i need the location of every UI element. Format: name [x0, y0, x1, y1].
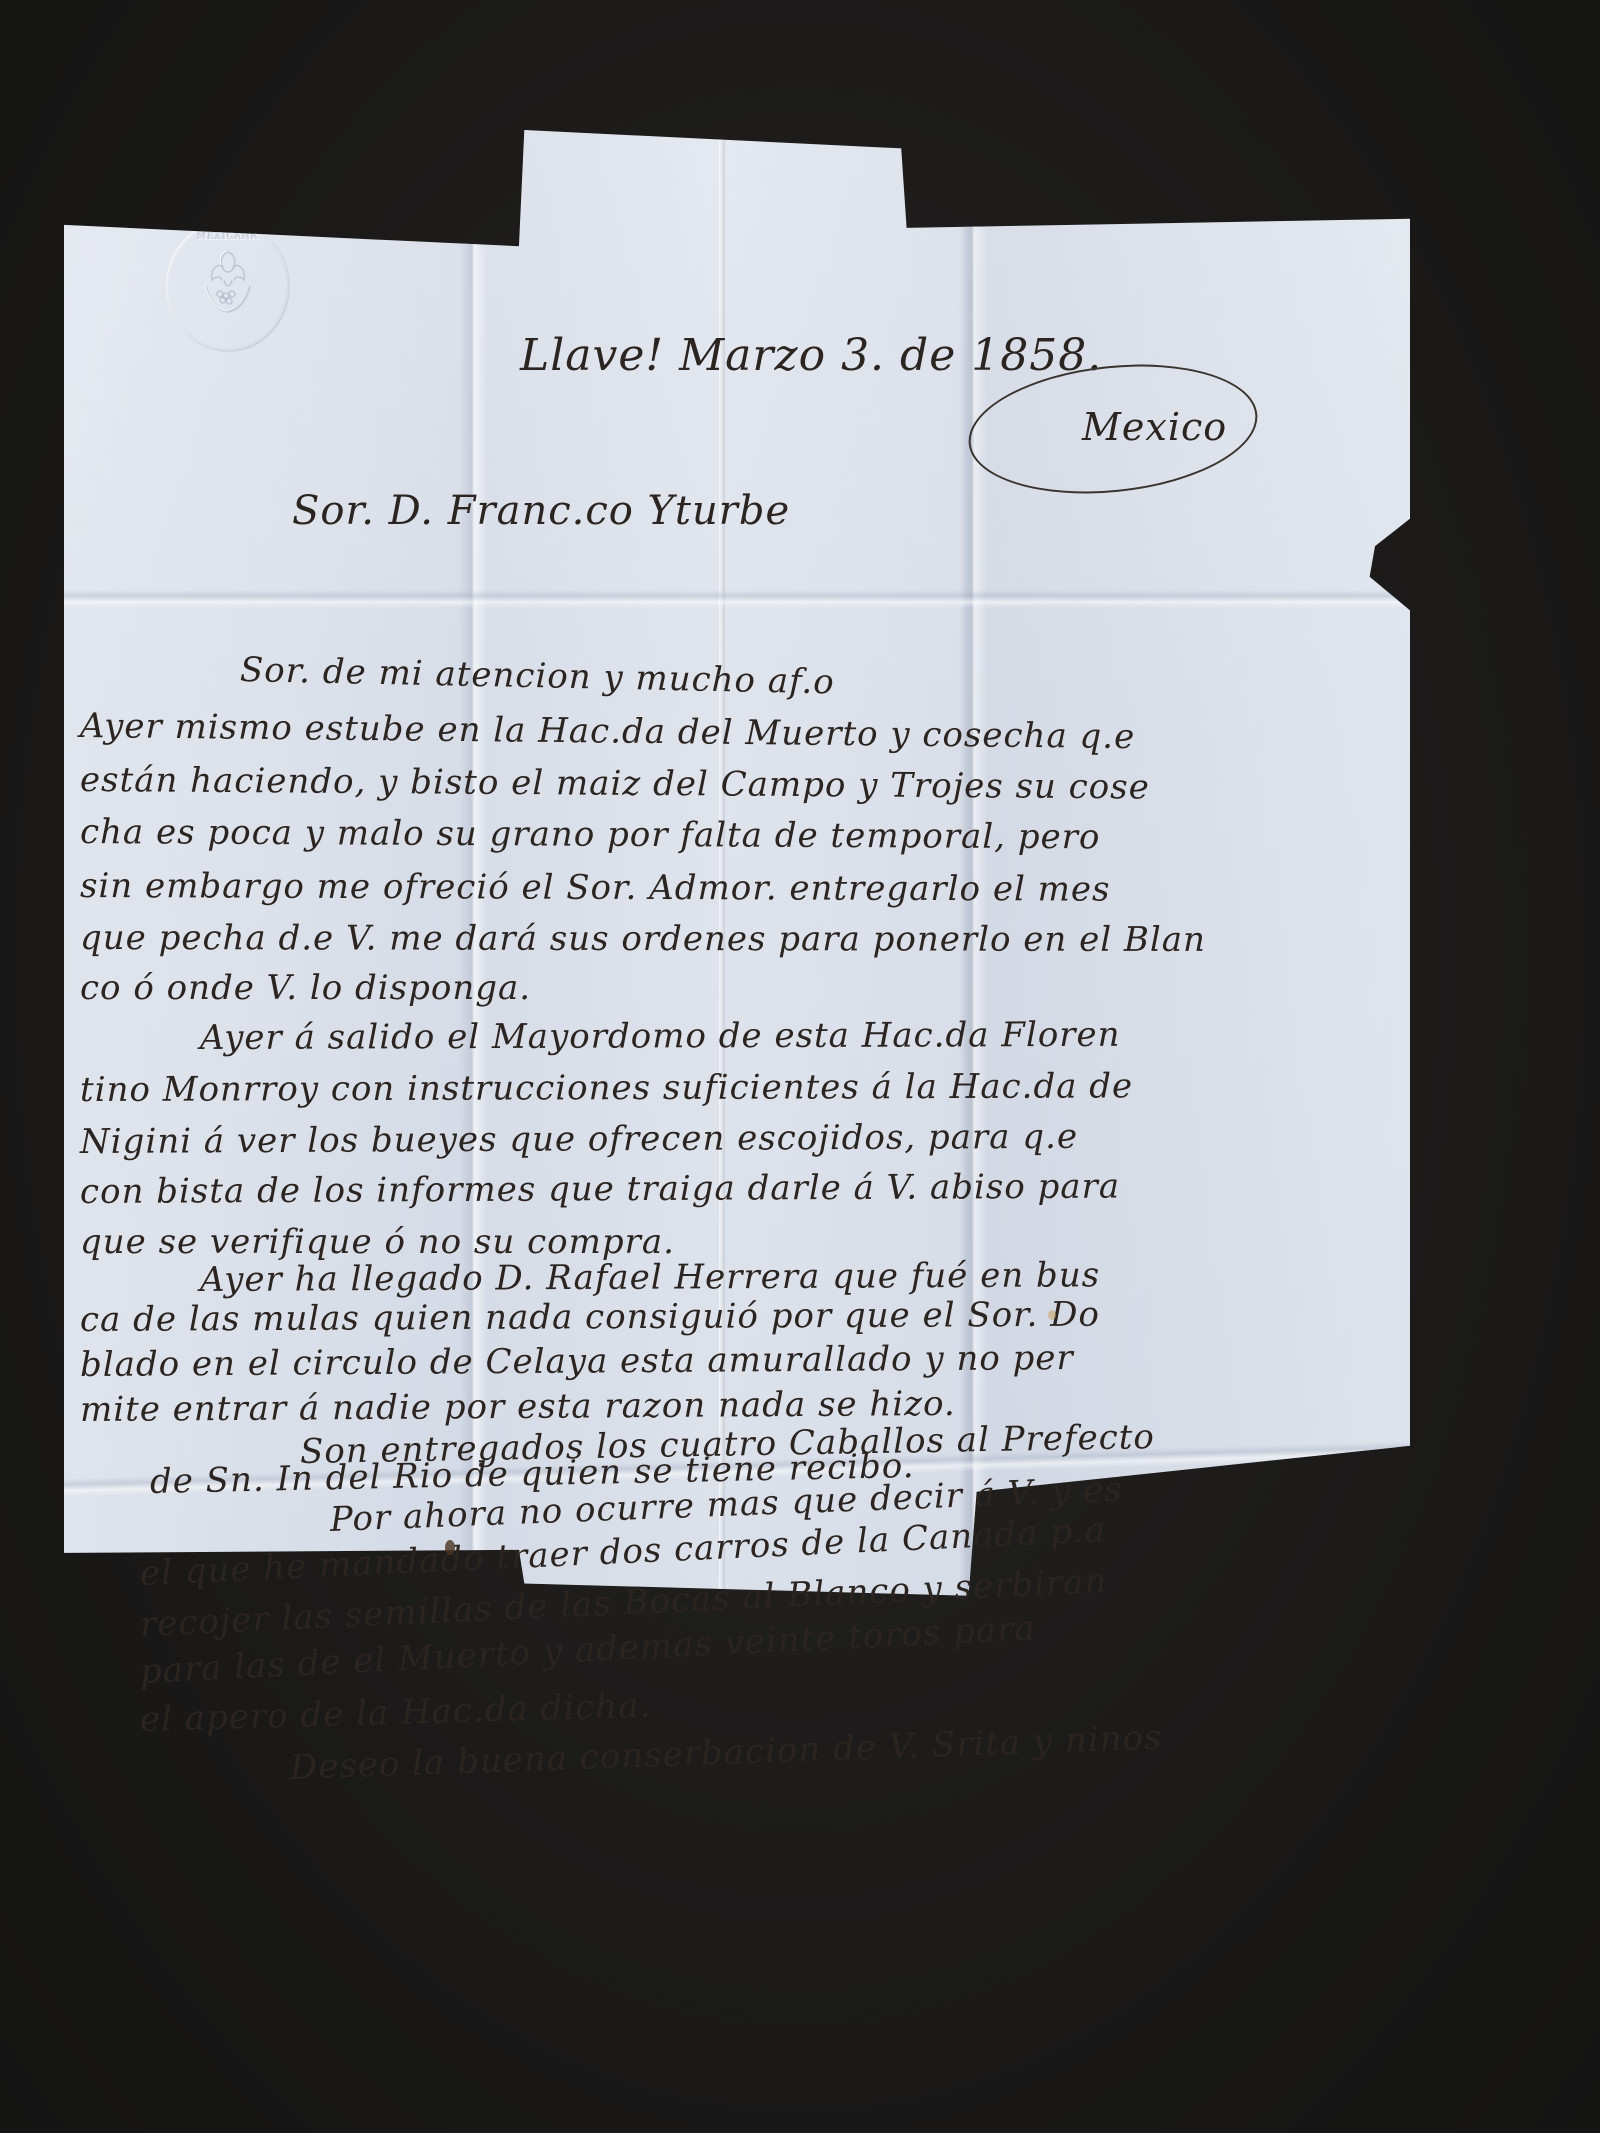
destination-text: Mexico — [1082, 405, 1227, 449]
embossed-seal: REPUBLICA MEXICANA — [166, 220, 290, 352]
letter-line: están haciendo, y bisto el maiz del Camp… — [80, 760, 1150, 807]
letter-line: con bista de los informes que traiga dar… — [80, 1167, 1120, 1212]
letter-line: co ó onde V. lo disponga. — [80, 968, 531, 1008]
fold-crease-horizontal-top — [64, 590, 1410, 608]
ink-blot — [445, 1540, 455, 1555]
letter-line: sin embargo me ofreció el Sor. Admor. en… — [80, 866, 1111, 910]
paper-stain — [1048, 1310, 1056, 1320]
letter-line: Nigini á ver los bueyes que ofrecen esco… — [80, 1117, 1078, 1162]
letter-date-header: Llave! Marzo 3. de 1858. — [520, 330, 1102, 381]
letter-line: que se verifique ó no su compra. — [80, 1222, 675, 1262]
letter-line: Ayer ha llegado D. Rafael Herrera que fu… — [200, 1255, 1100, 1300]
letter-addressee: Sor. D. Franc.co Yturbe — [292, 488, 790, 534]
letter-line: tino Monrroy con instrucciones suficient… — [80, 1066, 1133, 1110]
letter-line: que pecha d.e V. me dará sus ordenes par… — [80, 918, 1206, 960]
eagle-coat-of-arms-icon — [204, 246, 252, 316]
letter-line: blado en el circulo de Celaya esta amura… — [80, 1338, 1074, 1385]
letter-line: Ayer á salido el Mayordomo de esta Hac.d… — [200, 1015, 1121, 1058]
letter-line: ca de las mulas quien nada consiguió por… — [80, 1295, 1100, 1340]
letter-line: cha es poca y malo su grano por falta de… — [80, 812, 1101, 857]
